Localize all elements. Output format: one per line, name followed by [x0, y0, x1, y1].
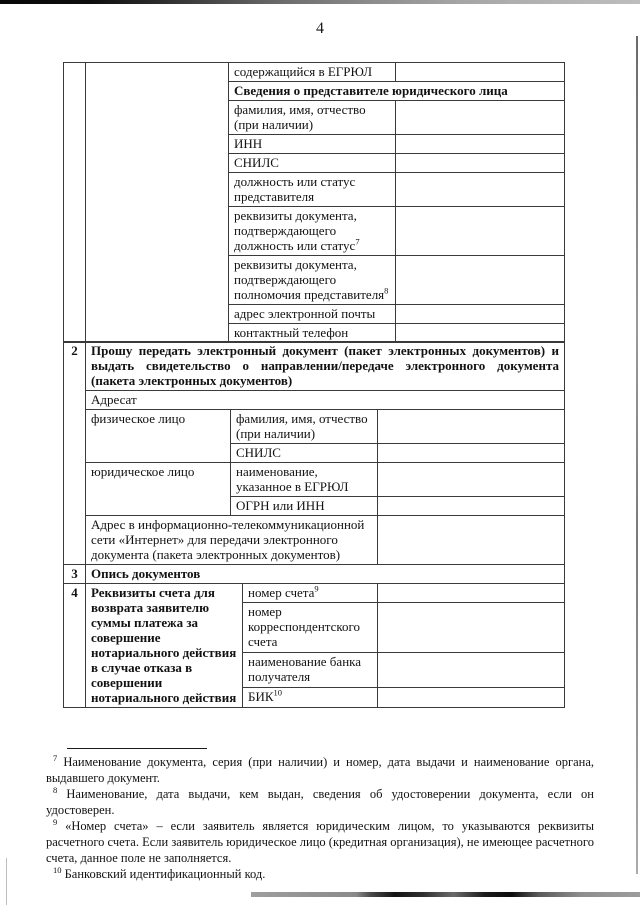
item-number-cell-empty: [64, 63, 86, 343]
footnote-9: 9 «Номер счета» – если заявитель являетс…: [46, 818, 594, 866]
field-value-cell: [378, 583, 565, 602]
footnote-7-text: Наименование документа, серия (при налич…: [46, 755, 594, 785]
field-label-phone: контактный телефон: [229, 324, 396, 343]
field-label-text: БИК: [248, 689, 274, 704]
item-number-4: 4: [64, 583, 86, 707]
field-value-cell: [396, 207, 565, 256]
footnote-marker-9: 9: [314, 583, 318, 593]
field-label-doc-authority: реквизиты документа, подтверждающего пол…: [229, 256, 396, 305]
field-value-cell: [378, 410, 565, 444]
field-value-cell: [396, 324, 565, 343]
field-label-bank-name: наименование банка получателя: [243, 653, 378, 688]
field-label-egrul-contained: содержащийся в ЕГРЮЛ: [229, 63, 396, 82]
field-label-doc-position: реквизиты документа, подтверждающего дол…: [229, 207, 396, 256]
field-label-text: реквизиты документа, подтверждающего дол…: [234, 208, 357, 253]
item2-title: Прошу передать электронный документ (пак…: [86, 342, 565, 391]
footnote-10-marker: 10: [53, 865, 62, 875]
field-label-bik: БИК10: [243, 688, 378, 708]
item3-title: Опись документов: [86, 564, 565, 583]
field-value-cell: [378, 688, 565, 708]
page-number: 4: [0, 20, 640, 38]
scan-edge-line-right: [636, 36, 638, 874]
field-label-ogrn-inn: ОГРН или ИНН: [231, 497, 378, 516]
footnote-7: 7 Наименование документа, серия (при нал…: [46, 754, 594, 786]
field-label-fio: фамилия, имя, отчество (при наличии): [231, 410, 378, 444]
field-label-account-number: номер счета9: [243, 583, 378, 602]
continuation-left-cell: [86, 63, 229, 343]
table-row: Адрес в информационно-телекоммуникационн…: [64, 516, 565, 565]
field-value-cell: [396, 305, 565, 324]
field-value-cell: [378, 653, 565, 688]
scan-artifact-top-bar: [0, 0, 640, 4]
table-row: юридическое лицо наименование, указанное…: [64, 463, 565, 497]
table-row: 3 Опись документов: [64, 564, 565, 583]
field-value-cell: [378, 497, 565, 516]
field-value-cell: [396, 173, 565, 207]
field-label-snils: СНИЛС: [229, 154, 396, 173]
table-row: Адресат: [64, 391, 565, 410]
table-row: 4 Реквизиты счета для возврата заявителю…: [64, 583, 565, 602]
form-table-item1-continuation: содержащийся в ЕГРЮЛ Сведения о представ…: [63, 62, 565, 343]
form-table-items3-4: 3 Опись документов 4 Реквизиты счета для…: [63, 564, 565, 708]
footnote-8: 8 Наименование, дата выдачи, кем выдан, …: [46, 786, 594, 818]
footnote-8-text: Наименование, дата выдачи, кем выдан, св…: [46, 787, 594, 817]
scan-artifact-bottom-bar: [251, 892, 640, 897]
field-value-cell: [378, 516, 565, 565]
field-label-egrul-name: наименование, указанное в ЕГРЮЛ: [231, 463, 378, 497]
footnote-9-text: «Номер счета» – если заявитель является …: [46, 819, 594, 865]
field-label-snils: СНИЛС: [231, 444, 378, 463]
document-page: 4 содержащийся в ЕГРЮЛ Сведения о предст…: [0, 0, 640, 905]
addressee-label: Адресат: [86, 391, 565, 410]
table-row: 2 Прошу передать электронный документ (п…: [64, 342, 565, 391]
individual-label: физическое лицо: [86, 410, 231, 463]
field-value-cell: [378, 463, 565, 497]
field-label-text: реквизиты документа, подтверждающего пол…: [234, 257, 384, 302]
field-value-cell: [396, 154, 565, 173]
footnote-9-marker: 9: [53, 817, 57, 827]
internet-address-label: Адрес в информационно-телекоммуникационн…: [86, 516, 378, 565]
field-value-cell: [396, 256, 565, 305]
item-number-3: 3: [64, 564, 86, 583]
footnote-marker-7: 7: [355, 237, 359, 247]
item4-title: Реквизиты счета для возврата заявителю с…: [86, 583, 243, 707]
footnote-7-marker: 7: [53, 753, 57, 763]
field-value-cell: [396, 135, 565, 154]
section-header-representative: Сведения о представителе юридического ли…: [229, 82, 565, 101]
field-label-text: содержащийся в ЕГРЮЛ: [234, 64, 372, 79]
scan-edge-line-left: [6, 858, 7, 905]
field-label-email: адрес электронной почты: [229, 305, 396, 324]
field-value-cell: [378, 603, 565, 653]
footnotes-block: 7 Наименование документа, серия (при нал…: [46, 748, 594, 882]
form-table: содержащийся в ЕГРЮЛ Сведения о представ…: [63, 62, 565, 708]
field-value-cell: [396, 63, 565, 82]
footnote-8-marker: 8: [53, 785, 57, 795]
field-label-fio: фамилия, имя, отчество (при наличии): [229, 101, 396, 135]
footnote-marker-10: 10: [274, 688, 283, 698]
legal-entity-label: юридическое лицо: [86, 463, 231, 516]
footnote-separator: [67, 748, 207, 749]
form-table-item2: 2 Прошу передать электронный документ (п…: [63, 341, 565, 565]
table-row: физическое лицо фамилия, имя, отчество (…: [64, 410, 565, 444]
field-label-position-status: должность или статус представителя: [229, 173, 396, 207]
footnote-10: 10 Банковский идентификационный код.: [46, 866, 594, 882]
field-value-cell: [396, 101, 565, 135]
field-label-corr-account: номер корреспондентского счета: [243, 603, 378, 653]
field-value-cell: [378, 444, 565, 463]
item-number-2: 2: [64, 342, 86, 565]
footnote-10-text: Банковский идентификационный код.: [65, 867, 266, 881]
table-row: содержащийся в ЕГРЮЛ: [64, 63, 565, 82]
field-label-text: номер счета: [248, 585, 314, 600]
field-label-inn: ИНН: [229, 135, 396, 154]
footnote-marker-8: 8: [384, 286, 388, 296]
